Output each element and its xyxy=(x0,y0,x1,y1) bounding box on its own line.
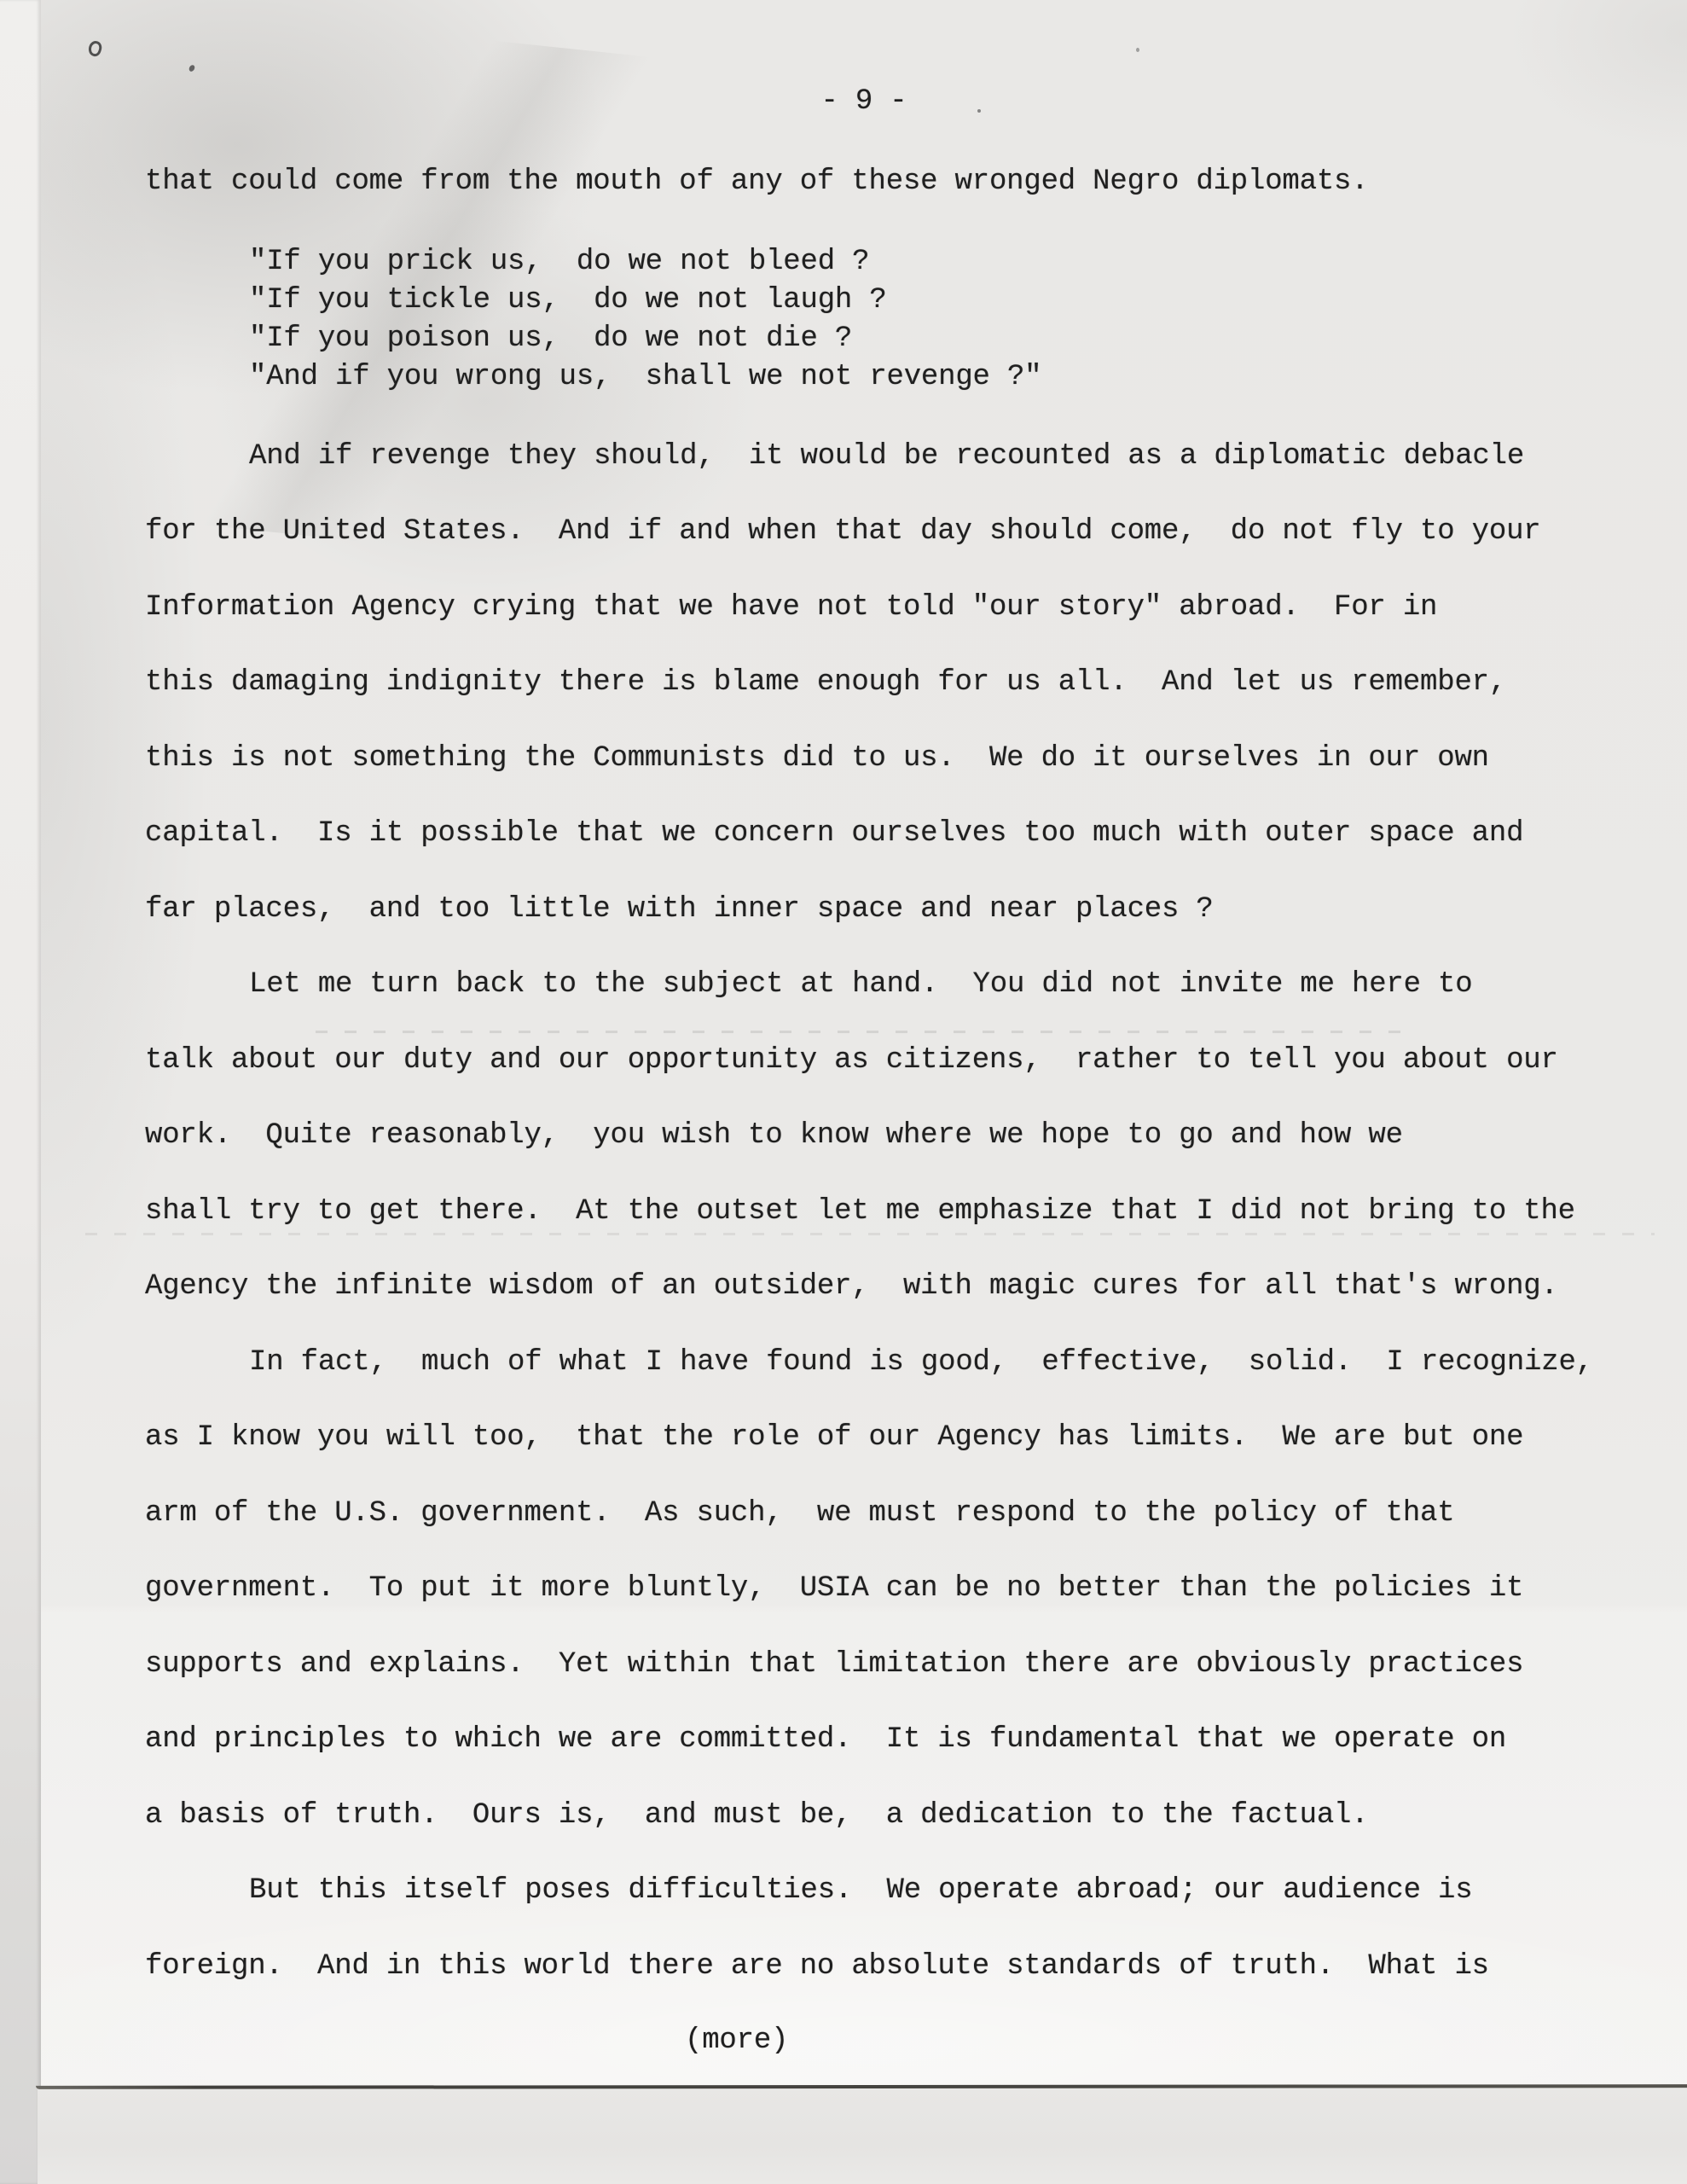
scanned-speech-page: - 9 - that could come from the mouth of … xyxy=(0,0,1687,2184)
scan-speck xyxy=(1136,48,1139,52)
text-line: shall try to get there. At the outset le… xyxy=(145,1193,1575,1230)
text-line: this damaging indignity there is blame e… xyxy=(145,664,1506,701)
text-line: In fact, much of what I have found is go… xyxy=(249,1344,1593,1381)
quote-line: "If you tickle us, do we not laugh ? xyxy=(249,282,887,319)
text-line: Let me turn back to the subject at hand.… xyxy=(249,966,1472,1003)
scanner-bed-left-strip xyxy=(0,0,41,2184)
page-number: - 9 - xyxy=(41,83,1687,120)
text-line: But this itself poses difficulties. We o… xyxy=(249,1872,1472,1909)
text-line: a basis of truth. Ours is, and must be, … xyxy=(145,1797,1368,1834)
text-line: far places, and too little with inner sp… xyxy=(145,891,1214,928)
text-line: for the United States. And if and when t… xyxy=(145,513,1540,550)
text-line: that could come from the mouth of any of… xyxy=(145,163,1368,200)
scanner-bed-bottom-area xyxy=(38,2088,1687,2184)
text-line: arm of the U.S. government. As such, we … xyxy=(145,1495,1454,1532)
scan-smudge xyxy=(85,1233,1655,1235)
quote-line: "If you prick us, do we not bleed ? xyxy=(249,243,869,281)
text-line: Agency the infinite wisdom of an outside… xyxy=(145,1268,1558,1305)
text-line: as I know you will too, that the role of… xyxy=(145,1419,1523,1456)
scan-smudge xyxy=(316,1031,1407,1033)
text-line: talk about our duty and our opportunity … xyxy=(145,1042,1558,1079)
text-line: Information Agency crying that we have n… xyxy=(145,589,1437,626)
text-line: capital. Is it possible that we concern … xyxy=(145,815,1523,852)
text-line: government. To put it more bluntly, USIA… xyxy=(145,1570,1523,1607)
quote-line: "And if you wrong us, shall we not reven… xyxy=(249,358,1041,396)
text-line: and principles to which we are committed… xyxy=(145,1721,1506,1758)
text-line: work. Quite reasonably, you wish to know… xyxy=(145,1117,1403,1154)
text-line: this is not something the Communists did… xyxy=(145,740,1489,777)
text-line: And if revenge they should, it would be … xyxy=(249,438,1524,475)
quote-line: "If you poison us, do we not die ? xyxy=(249,320,852,357)
text-line: supports and explains. Yet within that l… xyxy=(145,1646,1523,1683)
text-line: foreign. And in this world there are no … xyxy=(145,1948,1489,1985)
more-marker: (more) xyxy=(685,2022,788,2059)
